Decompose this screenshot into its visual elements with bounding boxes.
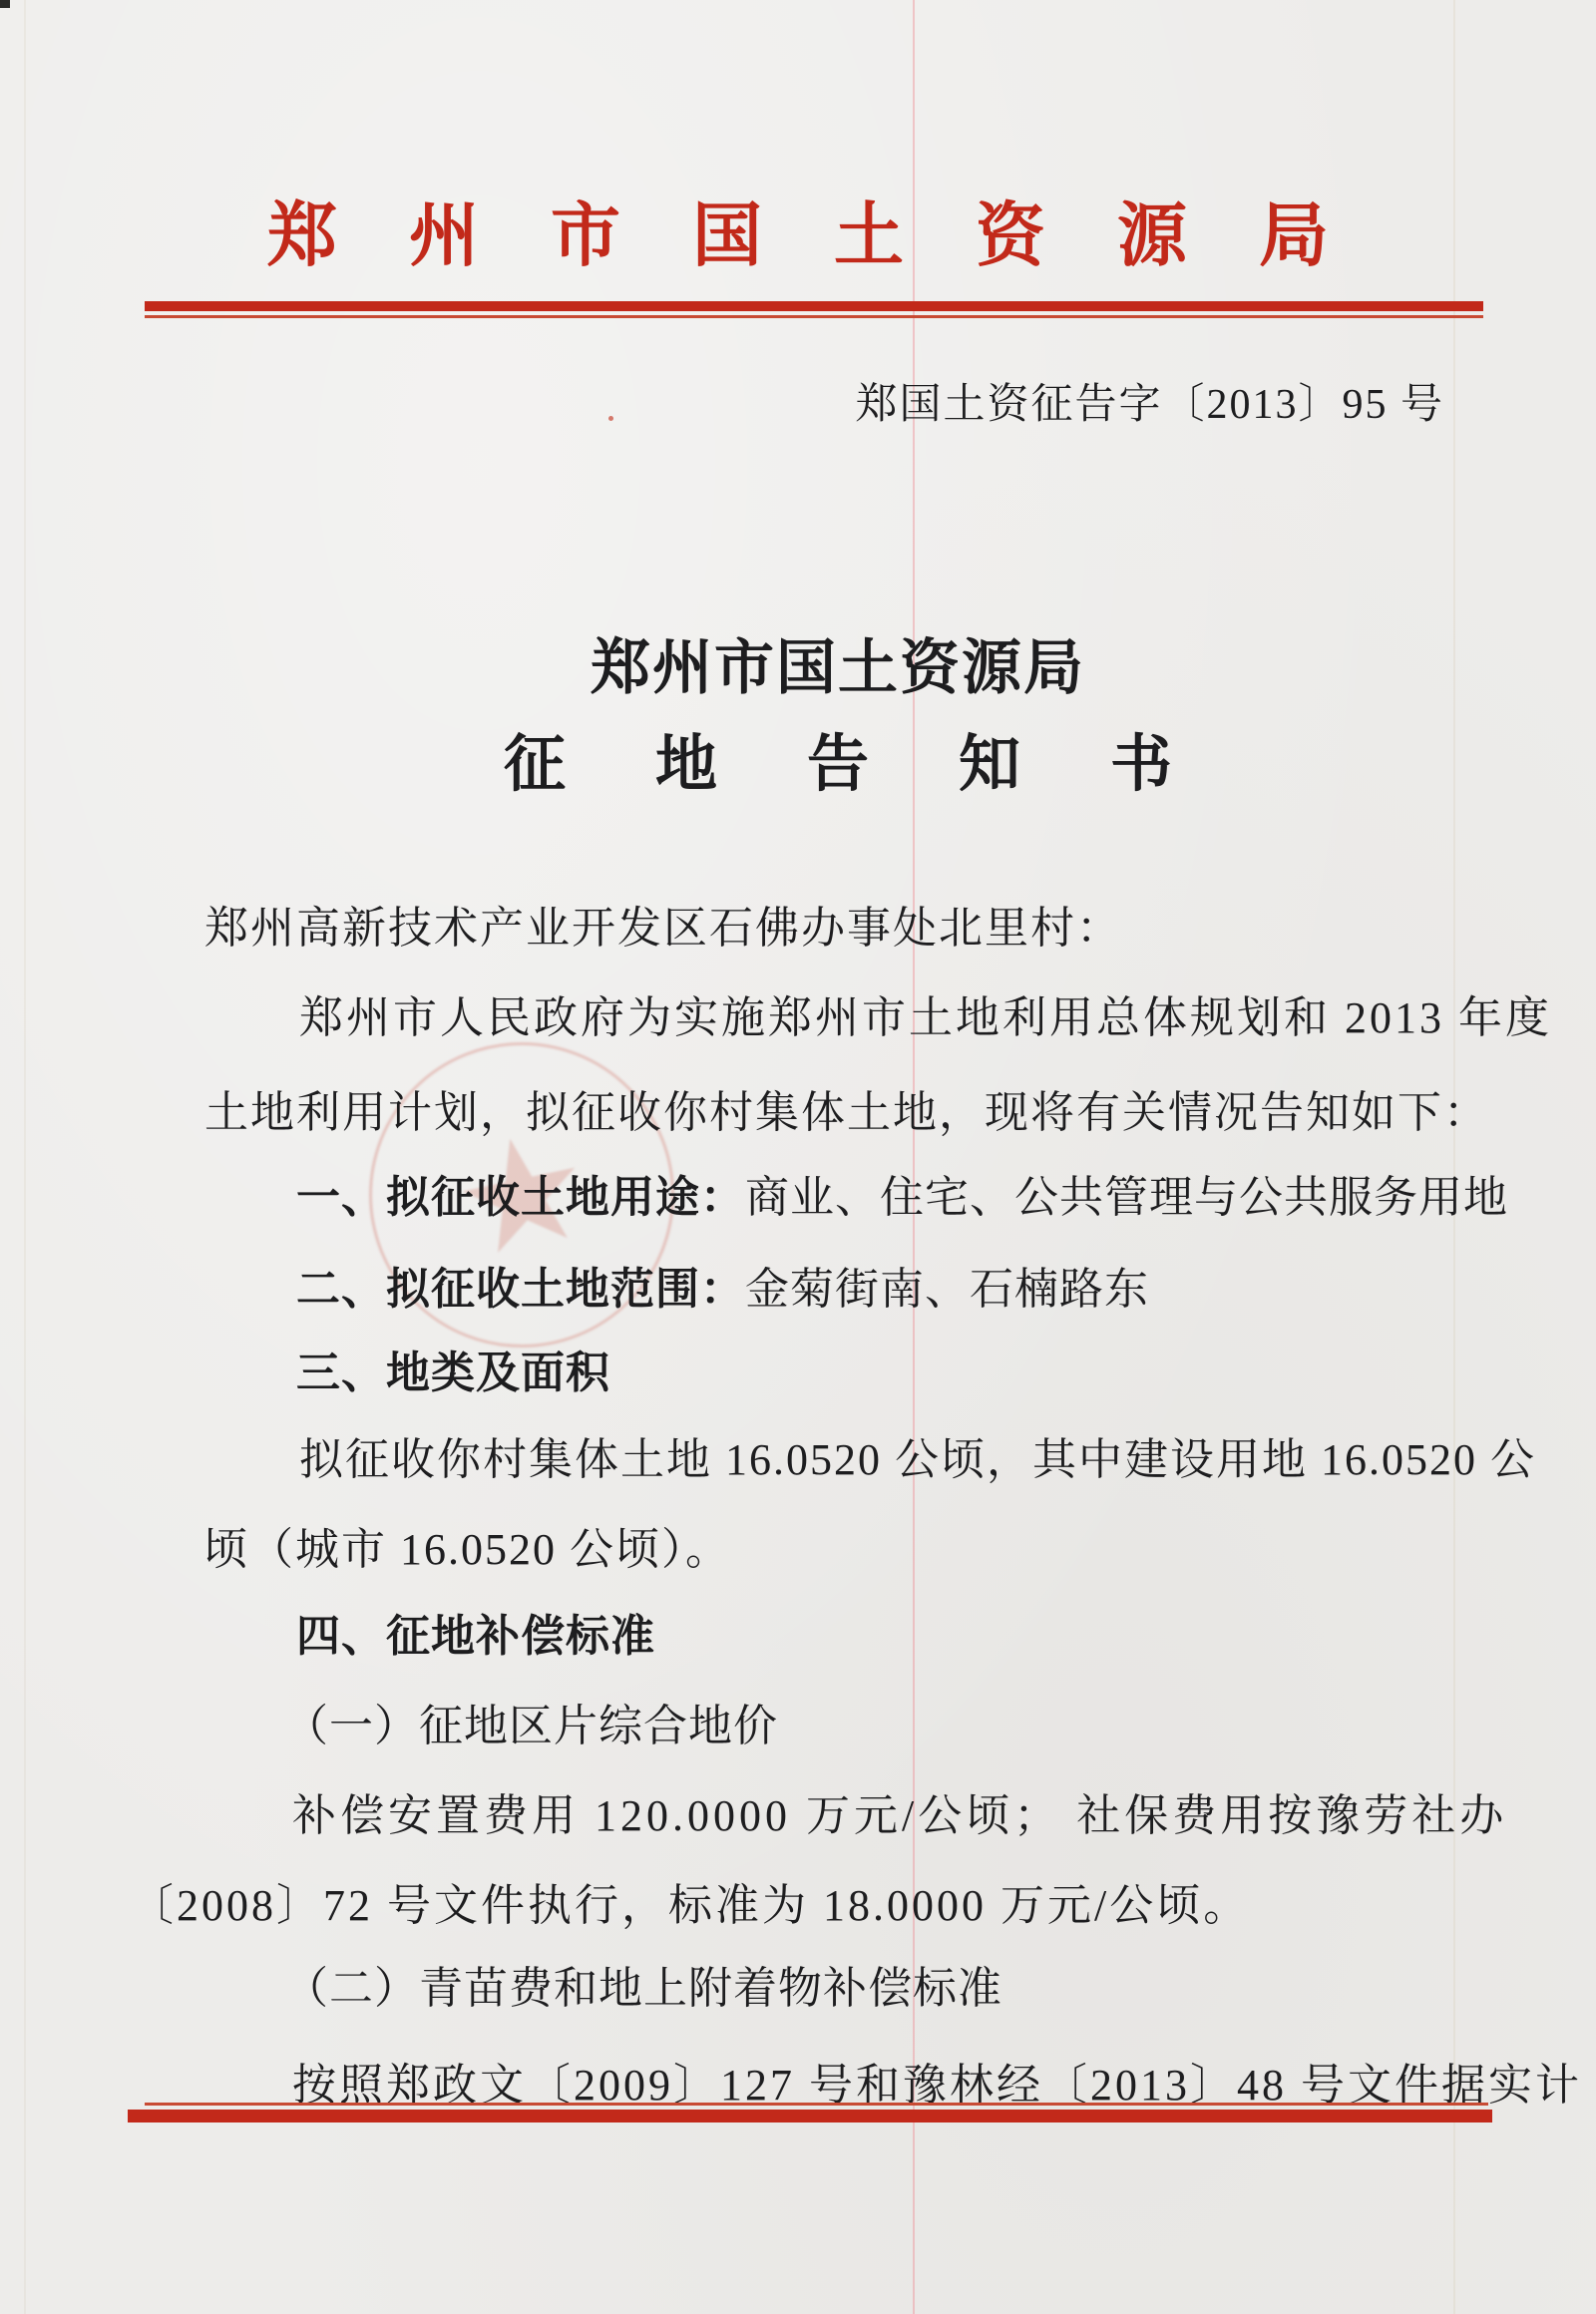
scan-corner-artifact	[0, 0, 10, 8]
letterhead-rule-thick	[145, 301, 1483, 311]
document-line: 拟征收你村集体土地 16.0520 公顷，其中建设用地 16.0520 公	[299, 1423, 1536, 1487]
document-line-item-1: 一、拟征收土地用途：商业、住宅、公共管理与公共服务用地	[296, 1161, 1508, 1225]
document-line: 郑州市人民政府为实施郑州市土地利用总体规划和 2013 年度	[299, 981, 1552, 1045]
footer-rule-thin	[145, 2103, 1488, 2106]
document-line: 〔2008〕72 号文件执行，标准为 18.0000 万元/公顷。	[130, 1869, 1250, 1933]
scan-line-artifact	[24, 0, 26, 2314]
document-line: 补偿安置费用 120.0000 万元/公顷； 社保费用按豫劳社办	[292, 1779, 1507, 1843]
document-title-line1: 郑州市国土资源局	[204, 620, 1471, 706]
document-number: 郑国土资征告字〔2013〕95 号	[855, 371, 1444, 431]
letterhead-rule-thin	[145, 315, 1483, 318]
document-line: 顷（城市 16.0520 公顷）。	[203, 1513, 731, 1577]
document-line-sub-item-1: （一）征地区片综合地价	[284, 1690, 778, 1753]
document-line-item-3: 三、地类及面积	[296, 1337, 610, 1400]
document-line-item-4: 四、征地补偿标准	[296, 1600, 655, 1664]
document-line-addressee: 郑州高新技术产业开发区石佛办事处北里村：	[204, 892, 1122, 956]
scanned-document-page: ★ 郑州市国土资源局 郑国土资征告字〔2013〕95 号 郑州市国土资源局 征地…	[0, 0, 1596, 2314]
letterhead-title: 郑州市国土资源局	[0, 180, 1596, 280]
document-title-line2: 征地告知书	[204, 714, 1471, 803]
footer-rule-thick	[128, 2110, 1492, 2122]
scan-line-artifact	[1453, 0, 1455, 2314]
document-line-sub-item-2: （二）青苗费和地上附着物补偿标准	[284, 1952, 1002, 2016]
document-line-item-2: 二、拟征收土地范围：金菊街南、石楠路东	[296, 1253, 1149, 1317]
ink-speck	[608, 416, 613, 421]
document-line: 土地利用计划，拟征收你村集体土地，现将有关情况告知如下：	[204, 1076, 1489, 1140]
